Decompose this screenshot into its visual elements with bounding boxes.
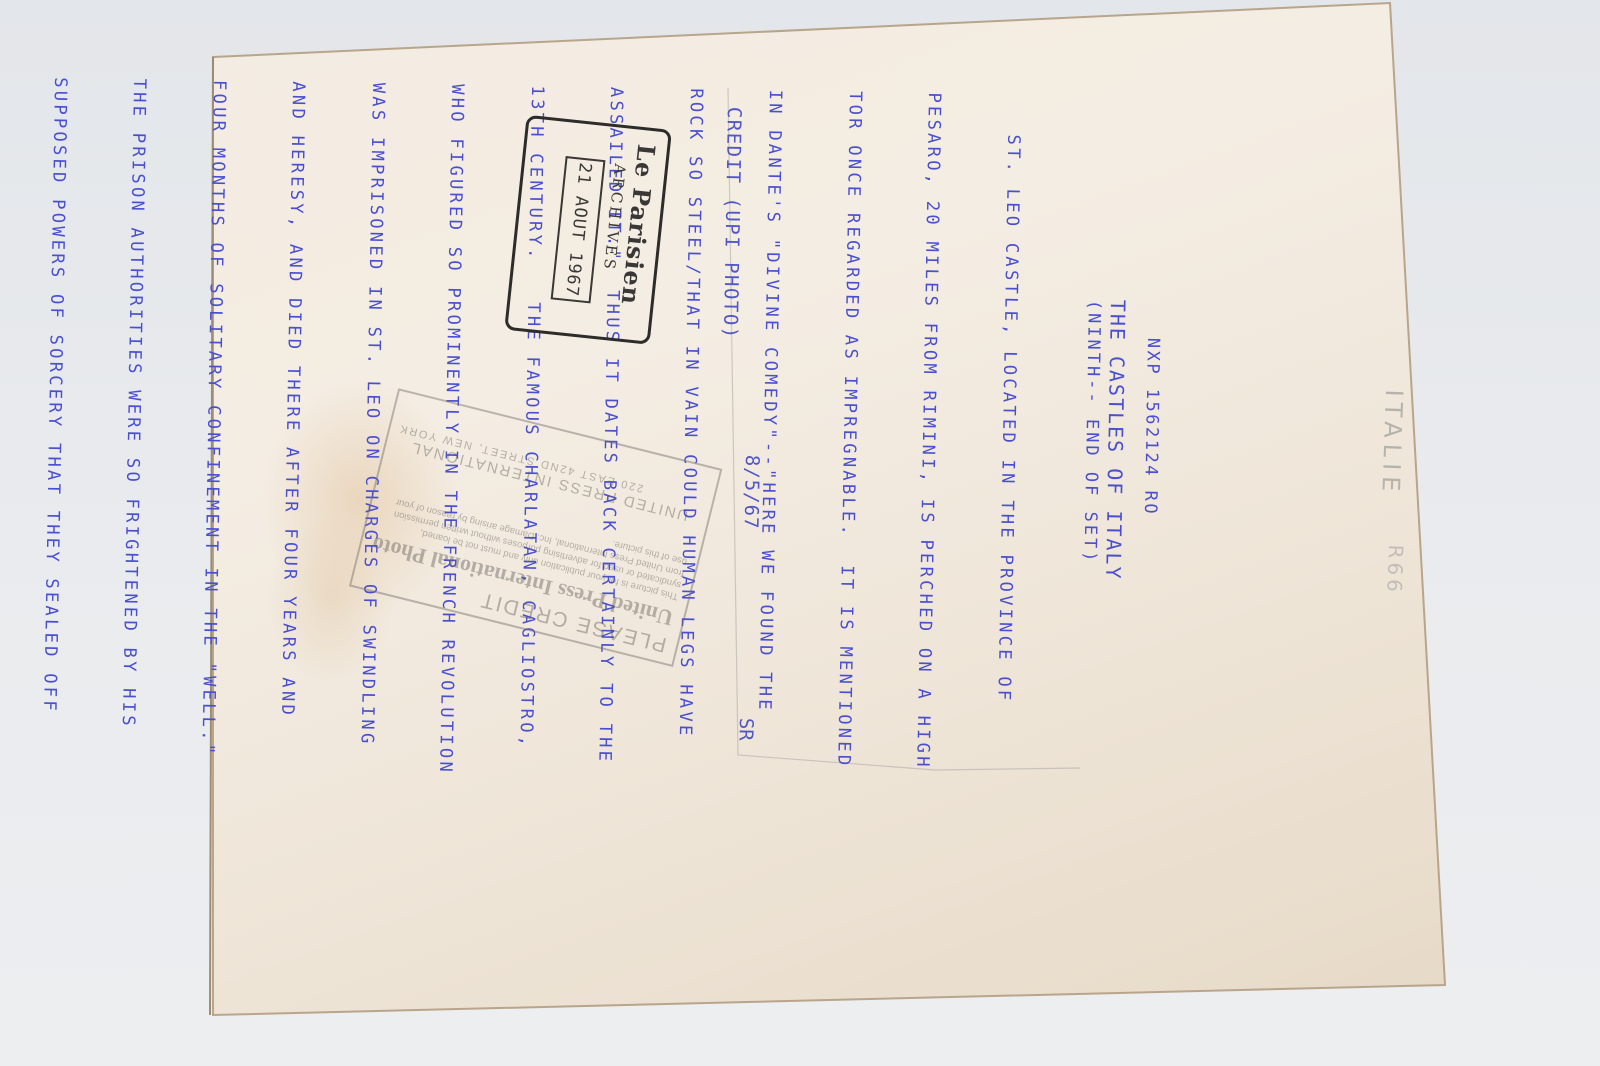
caption-line: SUPPOSED POWERS OF SORCERY THAT THEY SEA… — [35, 77, 74, 768]
pencil-reference: R66 — [1382, 544, 1408, 596]
caption-line: ROCK SO STEEL/THAT IN VAIN COULD HUMAN L… — [671, 88, 710, 779]
caption-line: PESARO, 20 MILES FROM RIMINI, IS PERCHED… — [909, 92, 948, 783]
caption-title: THE CASTLES OF ITALY — [1101, 300, 1130, 581]
archive-stamp: Le Parisien ARCHIVES 21 AOUT 1967 — [504, 115, 672, 345]
photo-credit: CREDIT (UPI PHOTO) — [719, 107, 745, 340]
caption-line: TOR ONCE REGARDED AS IMPREGNABLE. IT IS … — [829, 91, 868, 782]
caption-line: THE PRISON AUTHORITIES WERE SO FRIGHTENE… — [114, 78, 153, 769]
caption-date: 8/5/67 — [740, 455, 763, 530]
pencil-note: ITALIE — [1376, 389, 1408, 498]
caption-line: ST. LEO CASTLE, LOCATED IN THE PROVINCE … — [988, 94, 1027, 785]
caption-line: FOUR MONTHS OF SOLITARY CONFINEMENT IN T… — [194, 80, 233, 771]
photo-id: NXP 1562124 RO — [1140, 338, 1163, 517]
caption-initials: SR — [735, 718, 757, 741]
archive-stamp-date: 21 AOUT 1967 — [551, 156, 606, 303]
caption-line: IN DANTE'S "DIVINE COMEDY"--"HERE WE FOU… — [750, 89, 789, 780]
caption-line: AND HERESY, AND DIED THERE AFTER FOUR YE… — [273, 81, 312, 772]
caption-line: WAS IMPRISONED IN ST. LEO ON CHARGES OF … — [353, 83, 392, 774]
photo-verso-sheet: NXP 1562124 RO THE CASTLES OF ITALY (NIN… — [0, 0, 1600, 1066]
